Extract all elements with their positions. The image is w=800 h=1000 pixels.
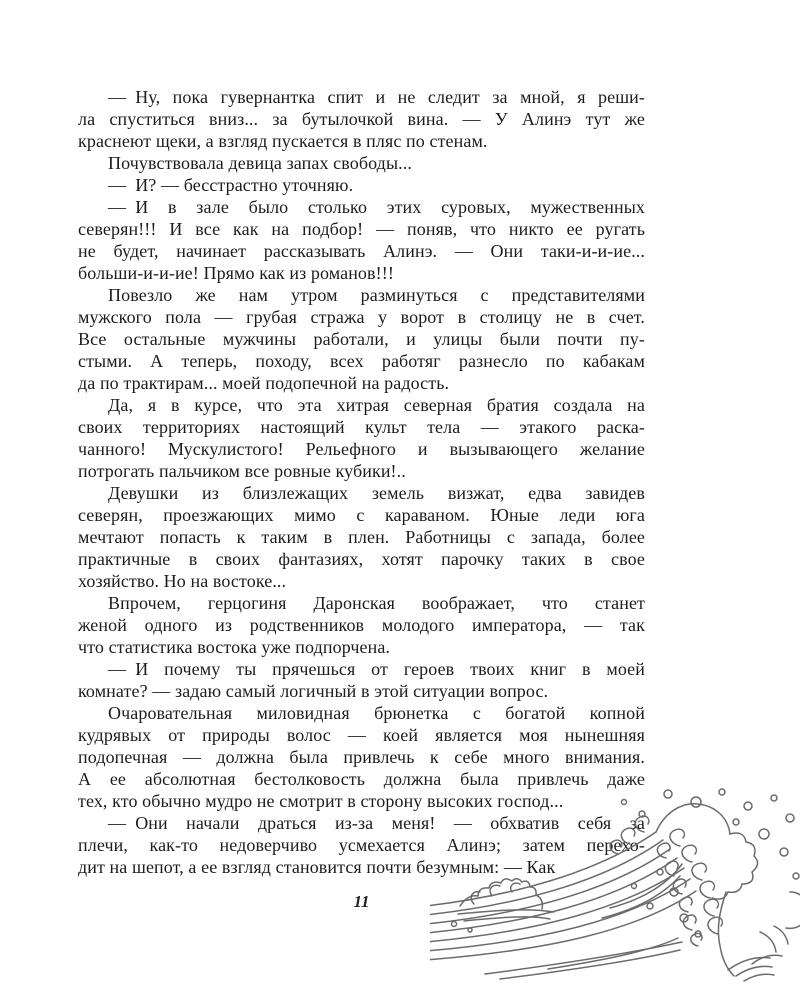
text-line: мужского пола — грубая стража у ворот в … [78, 306, 645, 328]
text-line: Впрочем, герцогиня Даронская воображает,… [78, 592, 645, 614]
text-line: комнате? — задаю самый логичный в этой с… [78, 680, 645, 702]
paragraph: Повезло же нам утром разминуться с предс… [78, 284, 645, 394]
text-line: Да, я в курсе, что эта хитрая северная б… [78, 394, 645, 416]
paragraph: Впрочем, герцогиня Даронская воображает,… [78, 592, 645, 658]
wave-illustration [430, 788, 800, 994]
text-line: Девушки из близлежащих земель визжат, ед… [78, 482, 645, 504]
text-line: да по трактирам... моей подопечной на ра… [78, 372, 645, 394]
paragraph: Да, я в курсе, что эта хитрая северная б… [78, 394, 645, 482]
paragraph: Девушки из близлежащих земель визжат, ед… [78, 482, 645, 592]
text-line: — И почему ты прячешься от героев твоих … [78, 658, 645, 680]
text-line: — И в зале было столько этих суровых, му… [78, 196, 645, 218]
paragraph: — Ну, пока гувернантка спит и не следит … [78, 86, 645, 152]
text-line: Все остальные мужчины работали, и улицы … [78, 328, 645, 350]
text-line: подопечная — должна была привлечь к себе… [78, 746, 645, 768]
text-line: Повезло же нам утром разминуться с предс… [78, 284, 645, 306]
text-line: не будет, начинает рассказывать Алинэ. —… [78, 240, 645, 262]
text-line: — И? — бесстрастно уточняю. [78, 174, 645, 196]
text-line: кудрявых от природы волос — коей являетс… [78, 724, 645, 746]
text-line: чанного! Мускулистого! Рельефного и вызы… [78, 438, 645, 460]
book-page: — Ну, пока гувернантка спит и не следит … [0, 0, 800, 1000]
text-line: что статистика востока уже подпорчена. [78, 636, 645, 658]
paragraph: — И в зале было столько этих суровых, му… [78, 196, 645, 284]
text-line: хозяйство. Но на востоке... [78, 570, 645, 592]
paragraph: — И? — бесстрастно уточняю. [78, 174, 645, 196]
text-line: стыми. А теперь, походу, всех работяг ра… [78, 350, 645, 372]
text-block: — Ну, пока гувернантка спит и не следит … [78, 86, 645, 878]
text-line: краснеют щеки, а взгляд пускается в пляс… [78, 130, 645, 152]
text-line: мечтают попасть к таким в плен. Работниц… [78, 526, 645, 548]
paragraph: Почувствовала девица запах свободы... [78, 152, 645, 174]
text-line: практичные в своих фантазиях, хотят паро… [78, 548, 645, 570]
text-line: ла спуститься вниз... за бутылочкой вина… [78, 108, 645, 130]
text-line: — Ну, пока гувернантка спит и не следит … [78, 86, 645, 108]
text-line: северян, проезжающих мимо с караваном. Ю… [78, 504, 645, 526]
text-line: А ее абсолютная бестолковость должна был… [78, 768, 645, 790]
text-line: Почувствовала девица запах свободы... [78, 152, 645, 174]
text-line: женой одного из родственников молодого и… [78, 614, 645, 636]
text-line: северян!!! И все как на подбор! — поняв,… [78, 218, 645, 240]
text-line: своих территориях настоящий культ тела —… [78, 416, 645, 438]
text-line: потрогать пальчиком все ровные кубики!.. [78, 460, 645, 482]
paragraph: — И почему ты прячешься от героев твоих … [78, 658, 645, 702]
text-line: Очаровательная миловидная брюнетка с бог… [78, 702, 645, 724]
text-line: больши-и-и-ие! Прямо как из романов!!! [78, 262, 645, 284]
